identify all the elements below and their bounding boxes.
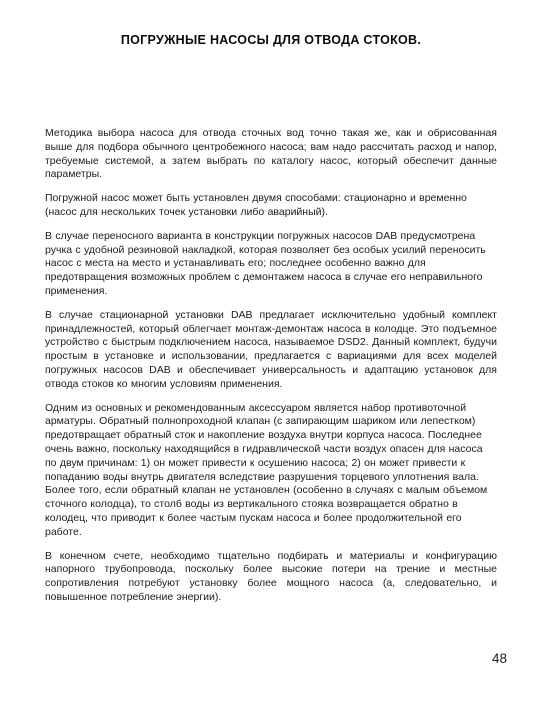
paragraph-pipeline-configuration: В конечном счете, необходимо тщательно п… [45,550,497,605]
document-page: ПОГРУЖНЫЕ НАСОСЫ ДЛЯ ОТВОДА СТОКОВ. Мето… [0,0,540,720]
page-title: ПОГРУЖНЫЕ НАСОСЫ ДЛЯ ОТВОДА СТОКОВ. [45,33,497,48]
paragraph-portable-variant: В случае переносного варианта в конструк… [45,230,497,299]
paragraph-installation-methods: Погружной насос может быть установлен дв… [45,192,497,220]
body-text: Методика выбора насоса для отвода сточны… [45,127,497,605]
page-number: 48 [492,651,507,667]
paragraph-check-valve-accessory: Одним из основных и рекомендованным аксе… [45,402,497,540]
paragraph-stationary-installation-dsd2: В случае стационарной установки DAB пред… [45,309,497,392]
paragraph-pump-selection-method: Методика выбора насоса для отвода сточны… [45,127,497,182]
